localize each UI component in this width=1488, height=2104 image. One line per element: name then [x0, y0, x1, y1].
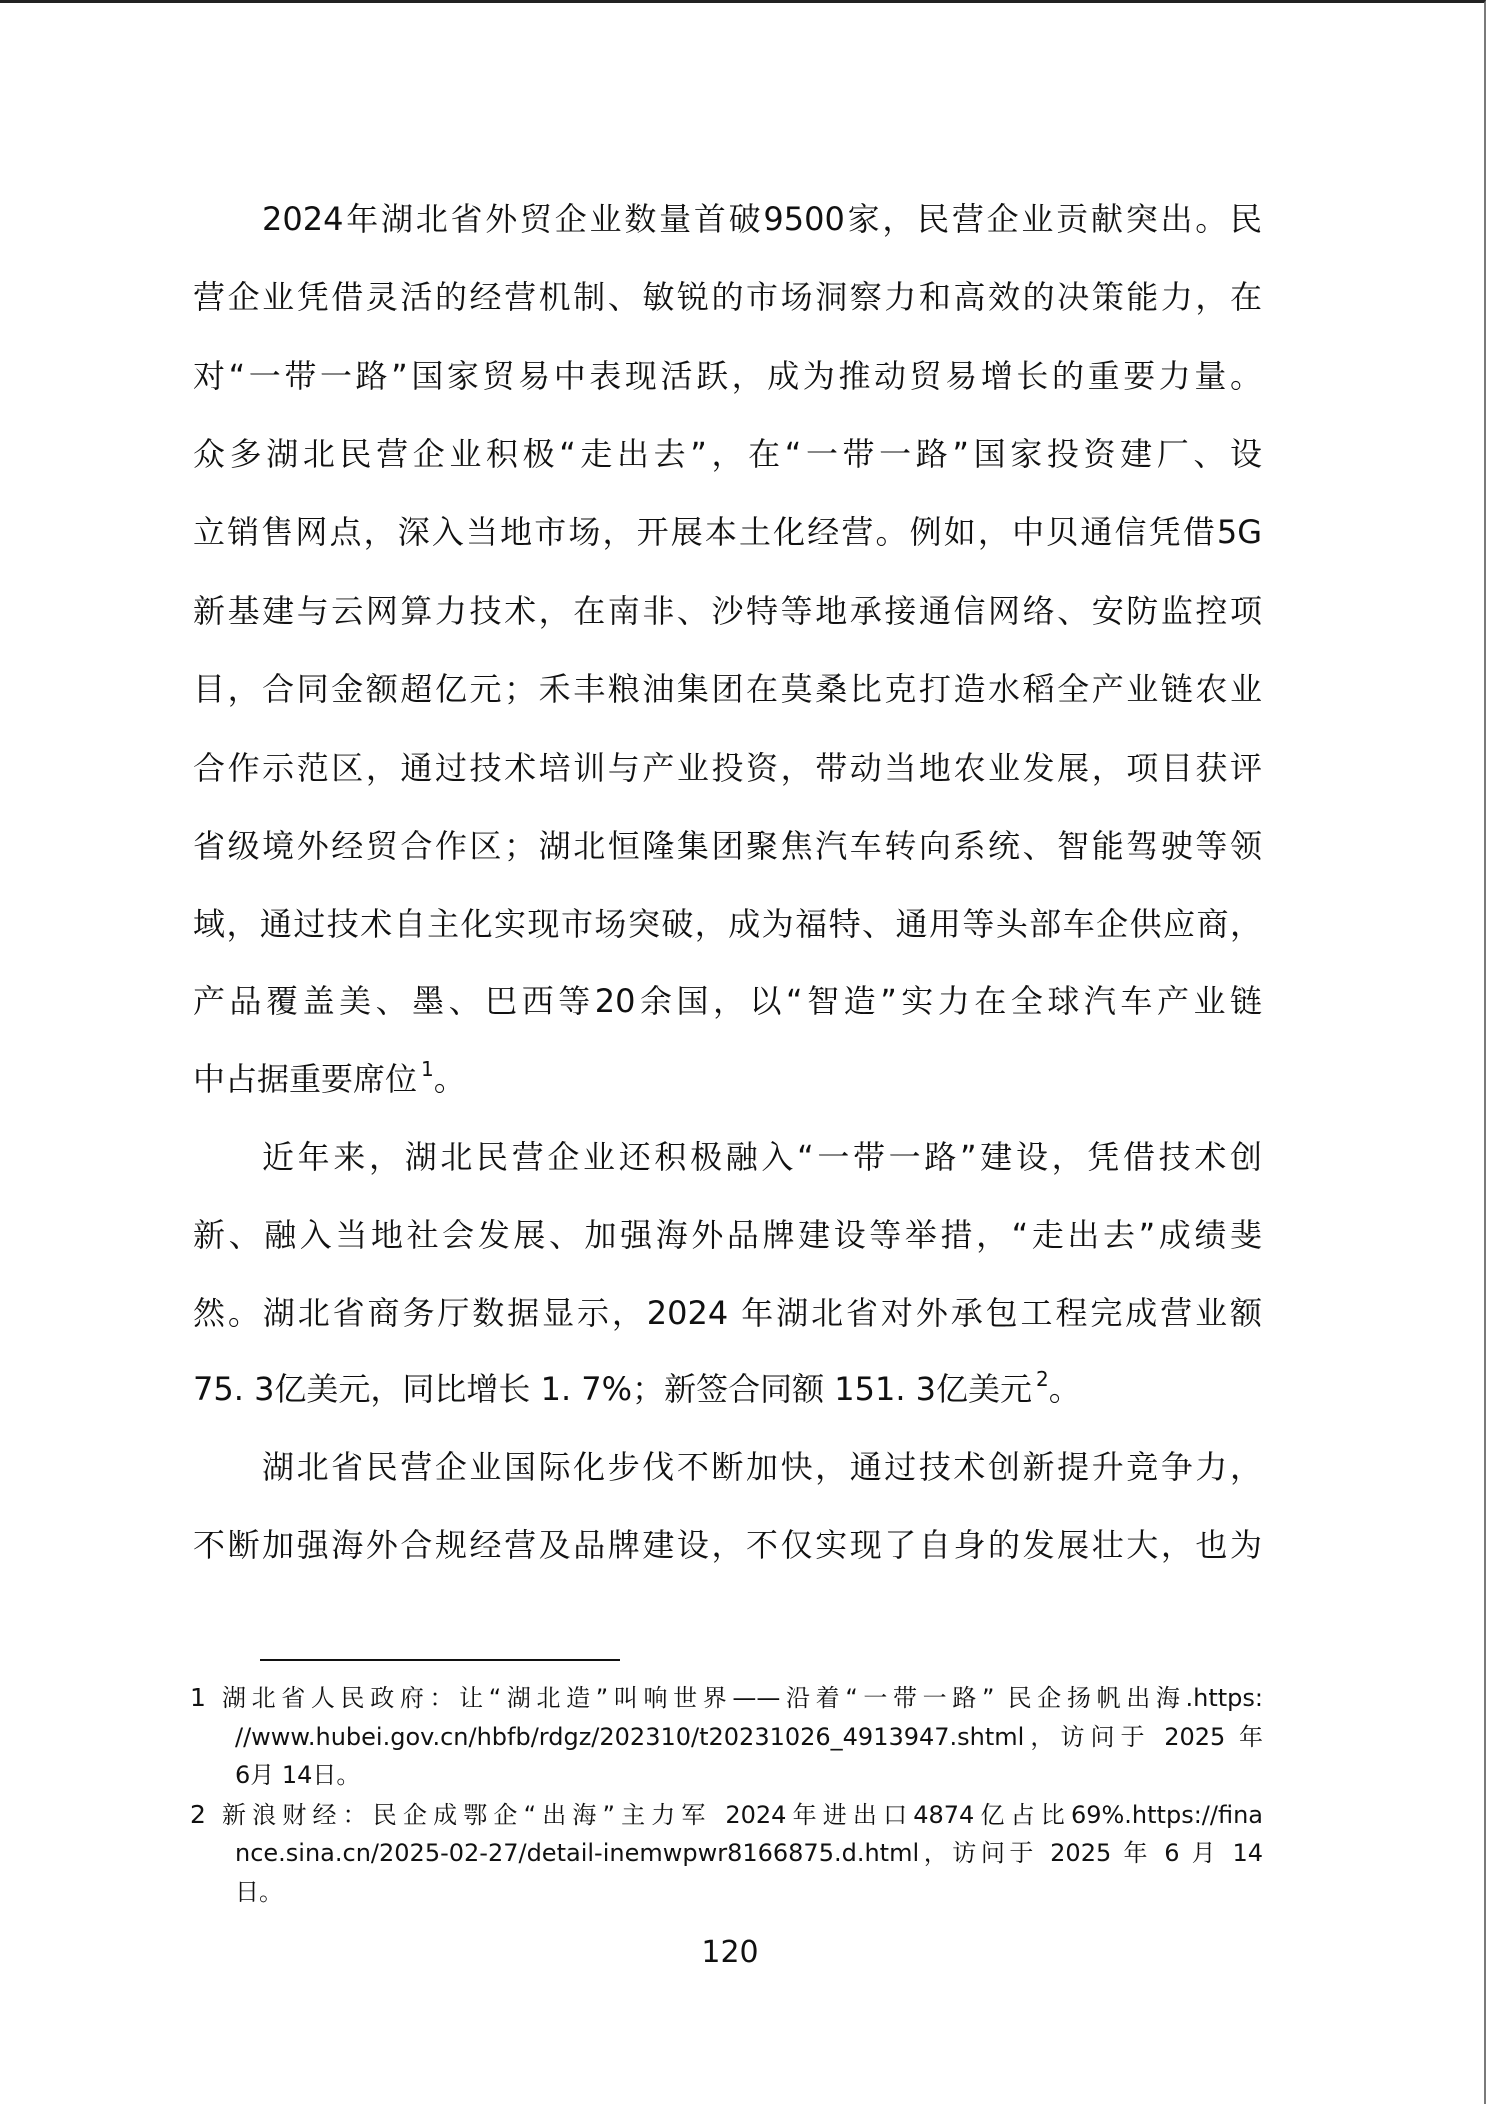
body-line: 立销售网点，深入当地市场，开展本土化经营。例如，中贝通信凭借5G: [193, 510, 1262, 554]
body-line-text: 75. 3亿美元，同比增长 1. 7%；新签合同额 151. 3亿美元: [193, 1370, 1032, 1408]
body-line: 2024年湖北省外贸企业数量首破9500家，民营企业贡献突出。民: [262, 197, 1262, 241]
body-line: 营企业凭借灵活的经营机制、敏锐的市场洞察力和高效的决策能力，在: [193, 275, 1262, 319]
footnote-number: 1: [190, 1681, 214, 1715]
footnote-ref-1[interactable]: 1: [421, 1057, 434, 1081]
body-line: 新、融入当地社会发展、加强海外品牌建设等举措，“走出去”成绩斐: [193, 1213, 1262, 1257]
footnote-line: 湖北省人民政府：让“湖北造”叫响世界——沿着“一带一路” 民企扬帆出海.http…: [222, 1681, 1263, 1715]
body-line: 然。湖北省商务厅数据显示，2024 年湖北省对外承包工程完成营业额: [193, 1291, 1262, 1335]
body-line: 新基建与云网算力技术，在南非、沙特等地承接通信网络、安防监控项: [193, 589, 1262, 633]
body-line: 域，通过技术自主化实现市场突破，成为福特、通用等头部车企供应商，: [193, 902, 1262, 946]
page-number: 120: [680, 1935, 780, 1971]
body-line: 湖北省民营企业国际化步伐不断加快，通过技术创新提升竞争力，: [262, 1445, 1262, 1489]
footnote-line: 新浪财经：民企成鄂企“出海”主力军 2024年进出口4874亿占比69%.htt…: [222, 1798, 1263, 1832]
body-line: 目，合同金额超亿元；禾丰粮油集团在莫桑比克打造水稻全产业链农业: [193, 667, 1262, 711]
footnote-link-line[interactable]: //www.hubei.gov.cn/hbfb/rdgz/202310/t202…: [235, 1720, 1263, 1754]
body-line: 众多湖北民营企业积极“走出去”，在“一带一路”国家投资建厂、设: [193, 432, 1262, 476]
body-line: 合作示范区，通过技术培训与产业投资，带动当地农业发展，项目获评: [193, 746, 1262, 790]
footnote-line: 日。: [235, 1875, 1263, 1909]
body-line-last: 中占据重要席位1。: [193, 1057, 1262, 1101]
body-line: 对“一带一路”国家贸易中表现活跃，成为推动贸易增长的重要力量。: [193, 354, 1262, 398]
body-line: 近年来，湖北民营企业还积极融入“一带一路”建设，凭借技术创: [262, 1135, 1262, 1179]
footnote-link-line[interactable]: nce.sina.cn/2025-02-27/detail-inemwpwr81…: [235, 1836, 1263, 1870]
footnote-line: 6月 14日。: [235, 1758, 1263, 1792]
footnote-ref-2[interactable]: 2: [1036, 1367, 1049, 1391]
footnote-number: 2: [190, 1798, 214, 1832]
body-line: 产品覆盖美、墨、巴西等20余国，以“智造”实力在全球汽车产业链: [193, 979, 1262, 1023]
body-line-text: 中占据重要席位: [193, 1060, 417, 1098]
end-punct: 。: [434, 1060, 466, 1098]
body-line: 不断加强海外合规经营及品牌建设，不仅实现了自身的发展壮大，也为: [193, 1523, 1262, 1567]
footnote-separator: [260, 1659, 620, 1661]
body-line: 省级境外经贸合作区；湖北恒隆集团聚焦汽车转向系统、智能驾驶等领: [193, 824, 1262, 868]
end-punct: 。: [1049, 1370, 1081, 1408]
body-line-last: 75. 3亿美元，同比增长 1. 7%；新签合同额 151. 3亿美元2。: [193, 1367, 1262, 1411]
